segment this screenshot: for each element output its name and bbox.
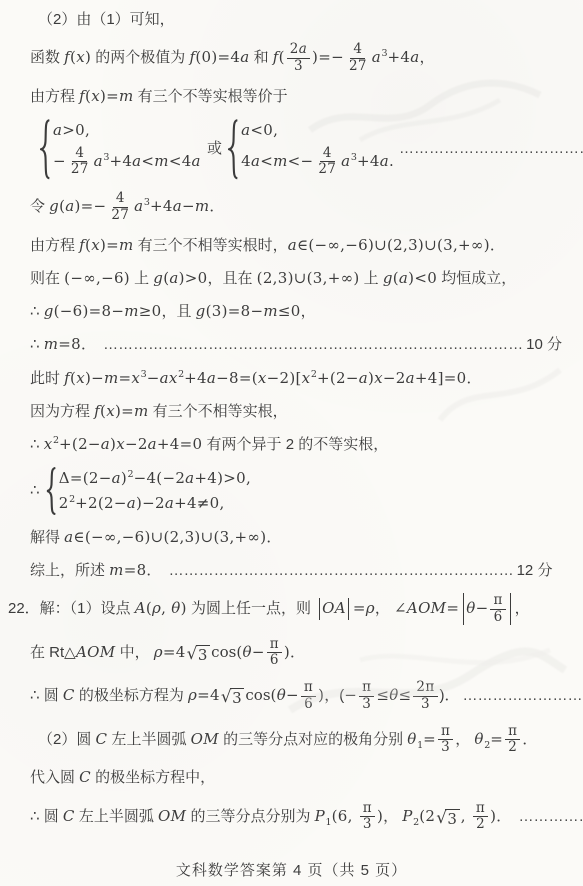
math-run: P (402, 807, 412, 825)
doc-line-7: 则在 (−∞,−6) 上 g(a)>0，且在 (2,3)∪(3,+∞) 上 g(… (30, 268, 553, 290)
math-run: θ (407, 730, 416, 748)
text-run: 解得 (30, 529, 64, 546)
text-run: ． (290, 644, 305, 661)
math-run: C (63, 807, 75, 825)
fraction: 2a3 (287, 42, 310, 74)
text-run: 函数 (30, 49, 64, 66)
math-run: C (96, 730, 108, 748)
text-run: 的极坐标方程为 (75, 687, 188, 704)
equation-system: a>0,−427a3+4a<m<4a (40, 121, 201, 178)
text-run: ∴ 圆 (30, 687, 63, 704)
dotted-leader: …………………… (463, 687, 583, 704)
fraction: π2 (473, 801, 488, 833)
doc-line-18: ∴ 圆 C 的极坐标方程为 ρ=4√3cos(θ−π6)，(−π3≤θ≤2π3)… (30, 680, 553, 712)
text-run: ． (522, 731, 537, 748)
math-function-name: cos (245, 686, 270, 704)
math-run: (2 (419, 807, 435, 825)
math-run: C (63, 686, 75, 704)
math-run: (−∞,−6) (64, 269, 130, 287)
text-run: 上 (130, 270, 153, 287)
radical: √3 (436, 809, 460, 829)
doc-line-1: （2）由（1）可知， (38, 9, 553, 31)
math-run: P (315, 807, 325, 825)
text-run: 中， (115, 644, 153, 661)
doc-line-16: 22．解：（1）设点 A(ρ, θ) 为圆上任一点，则 OA=ρ， ∠AOM=θ… (8, 593, 553, 625)
fraction: π2 (505, 724, 520, 756)
math-run: OM (191, 730, 219, 748)
math-run: ∠AOM= (394, 599, 459, 617)
doc-line-12: ∴ x2+(2−a)x−2a+4=0 有两个异于 2 的不等实根， (30, 434, 553, 456)
math-run: A(ρ, θ) (135, 599, 187, 617)
absolute-value: θ−π6 (460, 593, 513, 625)
math-run: g(a)=− (49, 197, 106, 215)
math-run: f(0)=4a (189, 48, 249, 66)
radical: √3 (187, 645, 211, 665)
text-run: 有三个不等实根等价于 (134, 88, 288, 105)
math-run: (6, (332, 807, 358, 825)
math-run: a (372, 48, 381, 66)
text-run: ． (490, 237, 505, 254)
math-run: 4a<m<− (241, 152, 313, 170)
math-run: f(x) (64, 48, 91, 66)
text-run: ， (515, 600, 530, 617)
doc-line-4: a>0,−427a3+4a<m<4a 或 a<0,4a<m<−427a3+4a.… (38, 119, 553, 180)
doc-line-14: 解得 a∈(−∞,−6)∪(2,3)∪(3,+∞)． (30, 527, 553, 549)
math-run: =ρ (353, 599, 375, 617)
scanned-answer-page: （2）由（1）可知，函数 f(x) 的两个极值为 f(0)=4a 和 f(2a3… (0, 0, 583, 886)
math-run: − (53, 152, 66, 170)
text-run: 综上，所述 (30, 562, 109, 579)
text-run: 的两个极值为 (91, 49, 189, 66)
text-run: ∴ (30, 482, 44, 499)
fraction: 427 (346, 42, 370, 74)
doc-line-19: （2）圆 C 左上半圆弧 OM 的三等分点对应的极角分别 θ1=π3， θ2=π… (38, 724, 553, 756)
math-run: = (490, 730, 503, 748)
solution-lines: （2）由（1）可知，函数 f(x) 的两个极值为 f(0)=4a 和 f(2a3… (30, 9, 553, 833)
math-run: , (461, 807, 471, 825)
fraction: 2π3 (413, 680, 437, 712)
math-run: a (134, 197, 143, 215)
math-run: +2(2−a)−2a+4≠0, (75, 494, 224, 512)
text-run: 由方程 (30, 88, 79, 105)
doc-line-15: 综上，所述 m=8． ……………………………………………………………12 分 (30, 560, 553, 582)
math-run: − (344, 686, 357, 704)
math-run: ρ=4 (154, 643, 186, 661)
doc-line-9: ∴ m=8． …………………………………………………………………………10 分 (30, 334, 553, 356)
fraction: π6 (301, 680, 316, 712)
math-run: x (44, 435, 53, 453)
text-run: ， (455, 731, 474, 748)
doc-line-2: 函数 f(x) 的两个极值为 f(0)=4a 和 f(2a3)=−427a3+4… (30, 42, 553, 74)
math-run: +4a (388, 48, 420, 66)
fraction: π3 (360, 801, 375, 833)
text-run: 由方程 (30, 237, 79, 254)
text-run: 上 (360, 270, 383, 287)
text-run: （2）由（1）可知， (38, 11, 175, 28)
text-run: 此时 (30, 370, 64, 387)
text-run: ， (383, 808, 402, 825)
doc-line-5: 令 g(a)=−427a3+4a−m． (30, 191, 553, 223)
math-run: f(x)=m (94, 402, 148, 420)
radical: √3 (221, 688, 245, 708)
text-run: 或 (203, 140, 226, 157)
math-run: +4a. (357, 152, 394, 170)
text-run: ． (266, 529, 281, 546)
text-run: )． (440, 687, 460, 704)
text-run: ． (209, 198, 224, 215)
doc-line-10: 此时 f(x)−m=x3−ax2+4a−8=(x−2)[x2+(2−a)x−2a… (30, 368, 553, 390)
math-run: (θ− (271, 686, 299, 704)
fraction: π6 (490, 593, 505, 625)
text-run: ， (301, 303, 316, 320)
math-run: 2 (59, 494, 69, 512)
math-function-name: cos (211, 643, 236, 661)
text-run: 22．解：（1）设点 (8, 600, 135, 617)
math-run: OA (322, 598, 346, 620)
text-run: ∴ (30, 303, 44, 320)
math-run: θ (474, 730, 483, 748)
text-run: 有三个不相等实根， (149, 403, 288, 420)
text-run: 因为方程 (30, 403, 94, 420)
math-run: g(a)>0 (153, 269, 207, 287)
math-run: +(2−a)x−2a+4=0 (59, 435, 202, 453)
math-run: C (79, 768, 91, 786)
math-run: +(2−a)x−2a+4]=0 (317, 369, 466, 387)
dotted-leader: ………………………………………………………………………… (103, 336, 523, 353)
text-run: 左上半圆弧 (75, 808, 158, 825)
math-run: −ax (147, 369, 178, 387)
math-run: OM (158, 807, 186, 825)
text-run: 左上半圆弧 (107, 731, 190, 748)
math-run: △AOM (64, 643, 115, 661)
text-run: 有三个不相等实根时， (134, 237, 288, 254)
math-run: g(3)=8−m≤0 (196, 302, 301, 320)
text-run: 代入圆 (30, 769, 79, 786)
text-run: 10 分 (526, 336, 562, 353)
text-run: 的极坐标方程中， (91, 769, 215, 786)
math-run: +4a<m<4a (109, 152, 200, 170)
absolute-value: OA (316, 598, 352, 620)
math-run: (θ− (236, 643, 264, 661)
math-run: a∈(−∞,−6)∪(2,3)∪(3,+∞) (288, 236, 490, 254)
text-run: 12 分 (517, 562, 553, 579)
doc-line-3: 由方程 f(x)=m 有三个不等实根等价于 (30, 86, 553, 108)
math-run: a>0, (53, 121, 90, 139)
dotted-leader: ……………… (518, 808, 583, 825)
math-run: ≤θ≤ (376, 686, 411, 704)
math-run: m=8 (109, 561, 146, 579)
text-run: 的三等分点分别为 (186, 808, 314, 825)
dotted-leader: …………………………………………………………… (169, 562, 514, 579)
text-run: ． (496, 808, 515, 825)
math-run: )=− (312, 48, 344, 66)
text-run: ∴ (30, 336, 44, 353)
text-run: 则在 (30, 270, 64, 287)
math-run: f(x)−m=x (64, 369, 140, 387)
doc-line-20: 代入圆 C 的极坐标方程中， (30, 767, 553, 789)
fraction: 427 (68, 146, 92, 178)
text-run: ，且在 (207, 270, 256, 287)
text-run: 和 (249, 49, 272, 66)
text-run: ． (81, 336, 100, 353)
equation-system: Δ=(2−a)2−4(−2a+4)>0,22+2(2−a)−2a+4≠0, (46, 469, 251, 513)
doc-line-11: 因为方程 f(x)=m 有三个不相等实根， (30, 401, 553, 423)
text-run: 在 Rt (30, 644, 64, 661)
text-run: ， (375, 600, 394, 617)
fraction: 427 (108, 191, 132, 223)
text-run: ，且 (162, 303, 196, 320)
fraction: π3 (438, 724, 453, 756)
doc-line-6: 由方程 f(x)=m 有三个不相等实根时，a∈(−∞,−6)∪(2,3)∪(3,… (30, 235, 553, 257)
math-run: (2,3)∪(3,+∞) (257, 269, 360, 287)
doc-line-21: ∴ 圆 C 左上半圆弧 OM 的三等分点分别为 P1(6, π3)， P2(2√… (30, 801, 553, 833)
math-run: f( (273, 48, 285, 66)
dotted-leader: ………………………………… (399, 140, 583, 157)
fraction: π3 (359, 680, 374, 712)
math-run: +4a−m (150, 197, 209, 215)
text-run: 为圆上任一点，则 (187, 600, 315, 617)
text-run: ∴ 圆 (30, 808, 63, 825)
math-run: a (341, 152, 350, 170)
page-footer: 文科数学答案第 4 页（共 5 页） (0, 859, 583, 880)
math-run: a (94, 152, 103, 170)
fraction: 427 (315, 146, 339, 178)
math-run: Δ=(2−a) (59, 469, 127, 487)
text-run: 的三等分点对应的极角分别 (219, 731, 407, 748)
text-run: ． (466, 370, 481, 387)
text-run: ， (420, 49, 435, 66)
fraction: π6 (267, 637, 282, 669)
math-run: f(x)=m (79, 236, 133, 254)
math-run: ρ=4 (188, 686, 220, 704)
math-run: −4(−2a+4)>0, (134, 469, 252, 487)
text-run: ∴ (30, 436, 44, 453)
math-run: a∈(−∞,−6)∪(2,3)∪(3,+∞) (64, 528, 266, 546)
text-run: ，( (324, 687, 344, 704)
math-run: a<0, (241, 121, 278, 139)
text-run: （2）圆 (38, 731, 96, 748)
math-run: = (423, 730, 436, 748)
doc-line-17: 在 Rt△AOM 中， ρ=4√3cos(θ−π6)． (30, 637, 553, 669)
math-run: g(−6)=8−m≥0 (44, 302, 162, 320)
text-run: 均恒成立， (437, 270, 516, 287)
doc-line-8: ∴ g(−6)=8−m≥0，且 g(3)=8−m≤0， (30, 301, 553, 323)
text-run: 令 (30, 198, 49, 215)
math-run: m=8 (44, 335, 81, 353)
math-run: θ− (466, 598, 488, 620)
doc-line-13: ∴ Δ=(2−a)2−4(−2a+4)>0,22+2(2−a)−2a+4≠0, (30, 467, 553, 515)
math-run: f(x)=m (79, 87, 133, 105)
math-run: +4a−8=(x−2)[x (184, 369, 310, 387)
equation-system: a<0,4a<m<−427a3+4a. (228, 121, 394, 178)
math-run: g(a)<0 (383, 269, 437, 287)
text-run: ． (146, 562, 165, 579)
text-run: 有两个异于 2 的不等实根， (202, 436, 388, 453)
